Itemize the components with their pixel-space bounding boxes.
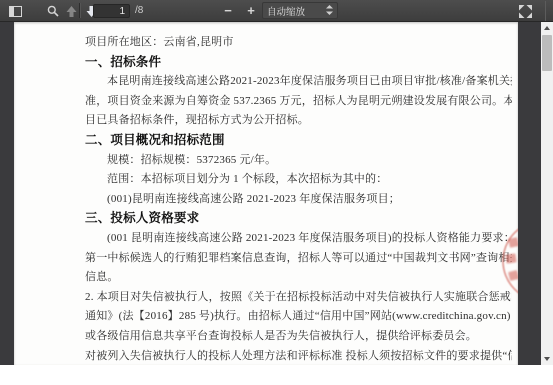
seal-character-mark [508,237,518,248]
document-line: 项目所在地区：云南省,昆明市 [85,33,512,53]
seal-character-mark [508,270,518,281]
fullscreen-button[interactable] [516,2,534,20]
minus-icon: − [224,3,232,19]
arrow-up-icon [66,6,77,17]
seal-character-mark [505,253,516,263]
document-line: 本昆明南连接线高速公路2021-2023年度保洁服务项目已由项目审批/核准/备案… [85,72,512,92]
document-line: 通知》(法【2016】285 号)执行。由招标人通过“信用中国”网站(www.c… [85,307,512,327]
toolbar-separator [79,3,80,18]
search-icon [47,5,59,17]
page-count-label: /8 [135,5,143,16]
pdf-viewer: /8 − + 自动缩放 项目所在地区：云南省,昆明市一、招标条件本昆明南连 [0,0,553,365]
zoom-in-button[interactable]: + [242,2,260,20]
scroll-up-icon [544,26,550,30]
document-line: 或各级信用信息共享平台查询投标人是否为失信被执行人，提供给评标委员会。 [85,327,512,347]
document-line: 范围：本招标项目划分为 1 个标段，本次招标为其中的： [85,170,512,190]
sidebar-toggle-button[interactable] [6,2,24,20]
page-number-input[interactable] [93,4,130,18]
toolbar-edge-separator [545,1,546,21]
sidebar-icon [9,6,22,17]
document-line: 对被列入失信被执行人的投标人处理方法和评标标准 投标人须按招标文件的要求提供“信 [85,347,512,366]
document-line: 三、投标人资格要求 [85,209,512,229]
document-line: 2. 本项目对失信被执行人，按照《关于在招标投标活动中对失信被执行人实施联合惩戒… [85,288,512,308]
document-line: 规模：招标规模：5372365 元/年。 [85,151,512,171]
document-line: 第一中标候选人的行贿犯罪档案信息查询，招标人等可以通过“中国裁判文书网”查询相关 [85,249,512,269]
document-line: 目已具备招标条件，现招标方式为公开招标。 [85,111,512,131]
window-bottom-gap [0,365,553,385]
zoom-mode-label: 自动缩放 [267,4,326,18]
document-line: (001)昆明南连接线高速公路 2021-2023 年度保洁服务项目； [85,190,512,210]
plus-icon: + [247,3,255,19]
viewer-background: 项目所在地区：云南省,昆明市一、招标条件本昆明南连接线高速公路2021-2023… [0,22,553,365]
search-button[interactable] [44,2,62,20]
pdf-page: 项目所在地区：云南省,昆明市一、招标条件本昆明南连接线高速公路2021-2023… [14,22,518,365]
chevron-updown-icon [326,2,333,20]
document-line: 一、招标条件 [85,53,512,73]
previous-page-button[interactable] [62,2,80,20]
scroll-down-icon [544,357,550,361]
fullscreen-expand-icon [519,5,532,18]
vertical-scrollbar[interactable] [541,22,553,365]
document-line: 准，项目资金来源为自筹资金 537.2365 万元，招标人为昆明元朔建设发展有限… [85,92,512,112]
zoom-mode-select[interactable]: 自动缩放 [262,2,338,19]
document-line: (001 昆明南连接线高速公路 2021-2023 年度保洁服务项目)的投标人资… [85,229,512,249]
zoom-out-button[interactable]: − [219,2,237,20]
scroll-down-button[interactable] [541,353,553,365]
toolbar: /8 − + 自动缩放 [0,0,553,22]
document-text: 项目所在地区：云南省,昆明市一、招标条件本昆明南连接线高速公路2021-2023… [14,22,518,365]
document-line: 二、项目概况和招标范围 [85,131,512,151]
document-line: 信息。 [85,268,512,288]
scroll-up-button[interactable] [541,22,553,34]
scrollbar-thumb[interactable] [542,35,552,71]
